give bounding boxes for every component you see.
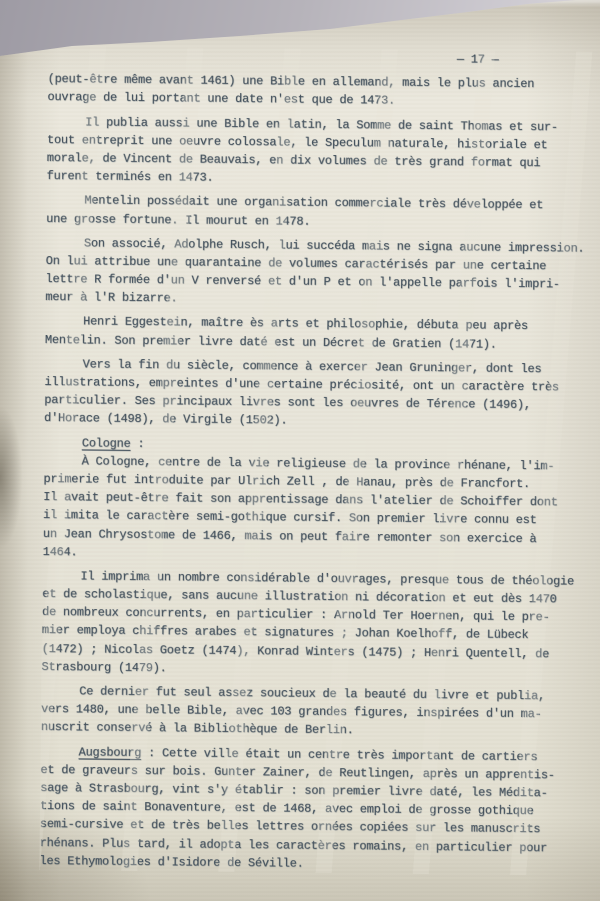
photo-backdrop: — 17 — (peut-être même avant 1461) une B… <box>0 0 600 901</box>
paragraph: Cologne :À Cologne, centre de la vie rel… <box>43 434 592 567</box>
paragraph: Son associé, Adolphe Rusch, lui succéda … <box>45 234 594 312</box>
paragraph: Augsbourg : Cette ville était un centre … <box>39 743 588 876</box>
paragraph: Ce dernier fut seul assez soucieux de la… <box>41 682 590 742</box>
underlined-section-heading: Augsbourg <box>79 745 142 760</box>
page-text: (peut-être même avant 1461) une Bible en… <box>39 70 595 875</box>
document-page: — 17 — (peut-être même avant 1461) une B… <box>0 0 600 901</box>
paragraph: Mentelin possédait une organisation comm… <box>46 191 594 233</box>
paragraph: Il publia aussi une Bible en latin, la S… <box>47 113 596 191</box>
paragraph: Il imprima un nombre considérable d'ouvr… <box>41 567 590 682</box>
paragraph: Vers la fin du siècle, commence à exerce… <box>44 355 593 433</box>
page-content: — 17 — (peut-être même avant 1461) une B… <box>39 46 596 876</box>
underlined-section-heading: Cologne <box>82 436 131 451</box>
page-number: — 17 — <box>457 50 596 70</box>
paragraph: Henri Eggestein, maître ès arts et philo… <box>45 312 593 354</box>
paragraph: (peut-être même avant 1461) une Bible en… <box>47 70 595 112</box>
